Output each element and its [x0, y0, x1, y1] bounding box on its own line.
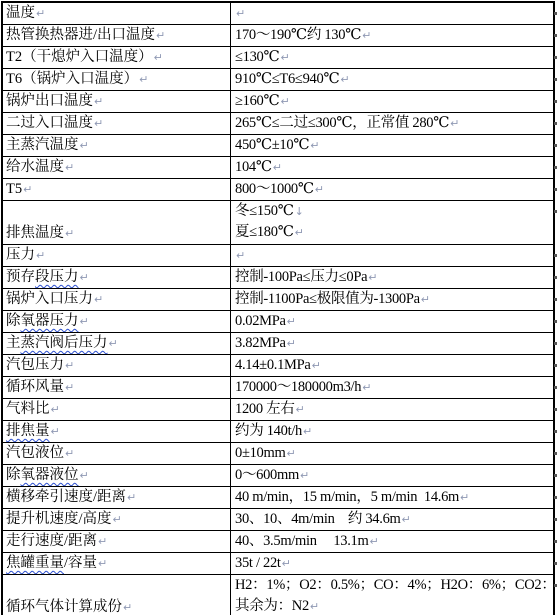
value-cell[interactable]: 35t / 22t↵ [231, 553, 553, 574]
table-row: 汽包液位↵ 0±10mm↵ [3, 443, 553, 465]
table-row: T2（干熄炉入口温度）↵ ≤130℃↵ [3, 47, 553, 69]
value-text: 约为 140t/h [235, 423, 302, 439]
label-text-run: 除 [6, 313, 21, 329]
value-line: 控制-1100Pa≤极限值为-1300Pa↵ [235, 289, 552, 310]
cell-end-mark-icon: ↵ [50, 399, 60, 420]
label-cell[interactable]: 汽包液位↵ [3, 443, 231, 464]
label-text-run: 焦罐重量 [6, 555, 64, 571]
label-text-run: 汽包液位 [6, 445, 64, 461]
cell-end-mark-icon: ↵ [302, 425, 312, 438]
value-cell[interactable]: 910℃≤T6≤940℃↵ [231, 69, 553, 90]
table-row: 除氧器压力↵ 0.02MPa↵ [3, 311, 553, 333]
row-label: 排焦量 [6, 421, 50, 442]
value-text: 0～600mm [235, 467, 299, 483]
cell-end-mark-icon: ↵ [64, 223, 74, 244]
value-line: 35t / 22t↵ [235, 553, 552, 574]
table-row: 排焦量↵ 约为 140t/h↵ [3, 421, 553, 443]
cell-end-mark-icon: ↵ [97, 553, 107, 574]
label-text-run: 温度 [6, 5, 35, 21]
label-text-run: 气料比 [6, 401, 50, 417]
label-text-run: 给水温度 [6, 159, 64, 175]
row-end-mark-icon [554, 254, 557, 257]
label-cell[interactable]: 热管换热器进/出口温度↵ [3, 25, 231, 46]
row-label: 锅炉出口温度 [6, 91, 93, 112]
label-cell[interactable]: 排焦量↵ [3, 421, 231, 442]
label-text-run: T2（干熄炉入口温度） [6, 49, 153, 65]
value-cell[interactable]: 1200 左右↵ [231, 399, 553, 420]
table-row: 二过入口温度↵ 265℃≤二过≤300℃，正常值 280℃↵ [3, 113, 553, 135]
value-text: 4.14±0.1MPa [235, 357, 311, 373]
cell-end-mark-icon: ↵ [112, 509, 122, 530]
row-end-mark-icon [554, 584, 557, 587]
row-end-mark-icon [554, 100, 557, 103]
table-row: 热管换热器进/出口温度↵ 170～190℃约 130℃↵ [3, 25, 553, 47]
label-text-run: 走行速度/距离 [6, 533, 97, 549]
label-cell[interactable]: 预存段压力↵ [3, 267, 231, 288]
row-end-mark-icon [554, 342, 557, 345]
label-text-run: 蒸汽阀后压力 [21, 335, 108, 351]
value-text: 170～190℃约 130℃ [235, 27, 361, 43]
value-cell[interactable]: 0～600mm↵ [231, 465, 553, 486]
cell-end-mark-icon: ↵ [286, 337, 296, 350]
cell-end-mark-icon: ↵ [420, 293, 430, 306]
value-text: 0.02MPa [235, 313, 286, 329]
row-end-mark-icon [554, 496, 557, 499]
value-line: 冬≤150℃↓ [235, 201, 552, 222]
value-text: 0±10mm [235, 445, 285, 461]
row-label: 走行速度/距离 [6, 531, 97, 552]
label-text-run: 氧器压力 [21, 313, 79, 329]
table-row: 锅炉入口压力↵ 控制-1100Pa≤极限值为-1300Pa↵ [3, 289, 553, 311]
cell-end-mark-icon: ↵ [93, 91, 103, 112]
value-line: 约为 140t/h↵ [235, 421, 552, 442]
value-cell[interactable]: 控制-100Pa≤压力≤0Pa↵ [231, 267, 553, 288]
label-text-run: 预存 [6, 269, 35, 285]
row-end-mark-icon [554, 276, 557, 279]
cell-end-mark-icon: ↵ [50, 421, 60, 442]
label-cell[interactable]: 二过入口温度↵ [3, 113, 231, 134]
label-cell[interactable]: 气料比↵ [3, 399, 231, 420]
table-row: 锅炉出口温度↵ ≥160℃↵ [3, 91, 553, 113]
row-end-mark-icon [554, 430, 557, 433]
label-cell[interactable]: 主蒸汽阀后压力↵ [3, 333, 231, 354]
value-text: 104℃ [235, 159, 272, 175]
label-text-run: T5 [6, 181, 22, 197]
value-cell[interactable]: 3.82MPa↵ [231, 333, 553, 354]
row-end-mark-icon [554, 298, 557, 301]
cell-end-mark-icon: ↵ [367, 271, 377, 284]
value-cell[interactable]: ↵ [231, 245, 553, 266]
value-text: ≤130℃ [235, 49, 279, 65]
table-row: 循环风量↵ 170000～180000m3/h↵ [3, 377, 553, 399]
value-line: 40、3.5m/min 13.1m↵ [235, 531, 552, 552]
label-cell[interactable]: 除氧器液位↵ [3, 465, 231, 486]
value-text: 30、10、4m/min 约 34.6m [235, 511, 401, 527]
table-row: 主蒸汽温度↵ 450℃±10℃↵ [3, 135, 553, 157]
row-label: 温度 [6, 3, 35, 24]
cell-end-mark-icon: ↵ [126, 487, 136, 508]
cell-end-mark-icon: ↵ [309, 139, 319, 152]
table-row: 横移牵引速度/距离↵ 40 m/min，15 m/min，5 m/min 14.… [3, 487, 553, 509]
label-cell[interactable]: 锅炉出口温度↵ [3, 91, 231, 112]
value-cell[interactable]: 800～1000℃↵ [231, 179, 553, 200]
label-cell[interactable]: 焦罐重量/容量↵ [3, 553, 231, 574]
value-line: 夏≤180℃↵ [235, 222, 552, 243]
value-line: 170000～180000m3/h↵ [235, 377, 552, 398]
row-end-mark-icon [554, 320, 557, 323]
cell-end-mark-icon: ↵ [299, 469, 309, 482]
cell-end-mark-icon: ↵ [281, 557, 291, 570]
row-label: 主蒸汽阀后压力 [6, 333, 108, 354]
label-text-run: 压力 [6, 247, 35, 263]
row-end-mark-icon [554, 122, 557, 125]
label-text-run: 锅炉出口温度 [6, 93, 93, 109]
cell-end-mark-icon: ↵ [368, 535, 378, 548]
row-label: 预存段压力 [6, 267, 79, 288]
label-cell[interactable]: 循环气体计算成份↵ [3, 575, 231, 615]
cell-end-mark-icon: ↵ [35, 3, 45, 24]
value-line: 1200 左右↵ [235, 399, 552, 420]
row-end-mark-icon [554, 78, 557, 81]
cell-end-mark-icon: ↵ [279, 95, 289, 108]
label-text-run: 横移牵引速度/距离 [6, 489, 126, 505]
row-label: 热管换热器进/出口温度 [6, 25, 155, 46]
value-cell[interactable]: 约为 140t/h↵ [231, 421, 553, 442]
cell-end-mark-icon: ↵ [449, 117, 459, 130]
table-row: 温度↵ ↵ [3, 3, 553, 25]
label-text-run: T6（锅炉入口温度） [6, 71, 138, 87]
cell-end-mark-icon: ↵ [295, 403, 305, 416]
row-label: 气料比 [6, 399, 50, 420]
label-cell[interactable]: 锅炉入口压力↵ [3, 289, 231, 310]
cell-end-mark-icon: ↵ [311, 359, 321, 372]
row-label: 循环气体计算成份 [6, 597, 122, 615]
cell-end-mark-icon: ↵ [93, 289, 103, 310]
row-end-mark-icon [554, 474, 557, 477]
label-text-run: 排焦量 [6, 423, 50, 439]
label-text-run: /容量 [64, 555, 97, 571]
label-cell[interactable]: 排焦温度↵ [3, 201, 231, 244]
value-cell[interactable]: 0.02MPa↵ [231, 311, 553, 332]
value-text: 35t / 22t [235, 555, 281, 571]
table-row: 排焦温度↵ 冬≤150℃↓夏≤180℃↵ [3, 201, 553, 245]
value-line: 104℃↵ [235, 157, 552, 178]
value-cell[interactable]: 4.14±0.1MPa↵ [231, 355, 553, 376]
cell-end-mark-icon: ↵ [235, 249, 245, 262]
value-line: 265℃≤二过≤300℃，正常值 280℃↵ [235, 113, 552, 134]
row-label: 除氧器压力 [6, 311, 79, 332]
cell-end-mark-icon: ↵ [64, 443, 74, 464]
label-cell[interactable]: 给水温度↵ [3, 157, 231, 178]
value-line: 30、10、4m/min 约 34.6m↵ [235, 509, 552, 530]
table-row: 提升机速度/高度↵ 30、10、4m/min 约 34.6m↵ [3, 509, 553, 531]
table-row: T6（锅炉入口温度）↵ 910℃≤T6≤940℃↵ [3, 69, 553, 91]
row-label: 汽包压力 [6, 355, 64, 376]
cell-end-mark-icon: ↵ [79, 311, 89, 332]
value-text: H2：1%；O2：0.5%；CO：4%；H2O：6%；CO2：15%； [235, 577, 553, 593]
cell-end-mark-icon: ↵ [108, 333, 118, 354]
value-cell[interactable]: 104℃↵ [231, 157, 553, 178]
value-text: 40 m/min，15 m/min，5 m/min 14.6m [235, 489, 459, 505]
value-text: 800～1000℃ [235, 181, 314, 197]
table-row: 汽包压力↵ 4.14±0.1MPa↵ [3, 355, 553, 377]
value-line: ↵ [235, 245, 552, 266]
label-cell[interactable]: 汽包压力↵ [3, 355, 231, 376]
cell-end-mark-icon: ↵ [285, 447, 295, 460]
row-end-mark-icon [554, 210, 557, 213]
value-cell[interactable]: 控制-1100Pa≤极限值为-1300Pa↵ [231, 289, 553, 310]
value-text: 冬≤150℃ [235, 203, 294, 219]
label-text-run: 主蒸汽温度 [6, 137, 79, 153]
label-text-run: 除 [6, 467, 21, 483]
value-text: 控制-1100Pa≤极限值为-1300Pa [235, 291, 420, 307]
cell-end-mark-icon: ↵ [286, 315, 296, 328]
row-end-mark-icon [554, 518, 557, 521]
label-text-run: 主 [6, 335, 21, 351]
cell-end-mark-icon: ↵ [361, 381, 371, 394]
table-row: 预存段压力↵ 控制-100Pa≤压力≤0Pa↵ [3, 267, 553, 289]
value-cell[interactable]: 265℃≤二过≤300℃，正常值 280℃↵ [231, 113, 553, 134]
value-cell[interactable]: ≥160℃↵ [231, 91, 553, 112]
line-break-mark-icon: ↓ [294, 205, 304, 218]
value-cell[interactable]: 40 m/min，15 m/min，5 m/min 14.6m↵ [231, 487, 553, 508]
row-end-mark-icon [554, 188, 557, 191]
label-cell[interactable]: T5↵ [3, 179, 231, 200]
label-text-run: 循环风量 [6, 379, 64, 395]
label-cell[interactable]: 主蒸汽温度↵ [3, 135, 231, 156]
value-text: 夏≤180℃ [235, 224, 294, 240]
value-cell[interactable]: 170000～180000m3/h↵ [231, 377, 553, 398]
value-cell[interactable]: ↵ [231, 3, 553, 24]
label-text-run: 二过入口温度 [6, 115, 93, 131]
value-line: 170～190℃约 130℃↵ [235, 25, 552, 46]
row-label: T6（锅炉入口温度） [6, 69, 138, 90]
value-text: 170000～180000m3/h [235, 379, 361, 395]
row-end-mark-icon [554, 364, 557, 367]
value-cell[interactable]: H2：1%；O2：0.5%；CO：4%；H2O：6%；CO2：15%；其余为：N… [231, 575, 553, 615]
cell-end-mark-icon: ↵ [309, 600, 319, 613]
value-line: 其余为：N2↵ [235, 596, 552, 615]
table-row: 压力↵ ↵ [3, 245, 553, 267]
value-cell[interactable]: ≤130℃↵ [231, 47, 553, 68]
table-row: 走行速度/距离↵ 40、3.5m/min 13.1m↵ [3, 531, 553, 553]
cell-end-mark-icon: ↵ [64, 377, 74, 398]
row-end-mark-icon [554, 562, 557, 565]
value-text: 控制-100Pa≤压力≤0Pa [235, 269, 367, 285]
label-text-run: 排焦温度 [6, 225, 64, 241]
label-cell[interactable]: 除氧器压力↵ [3, 311, 231, 332]
value-text: 3.82MPa [235, 335, 286, 351]
value-text: 其余为：N2 [235, 598, 309, 614]
value-line: ≤130℃↵ [235, 47, 552, 68]
value-cell[interactable]: 冬≤150℃↓夏≤180℃↵ [231, 201, 553, 244]
cell-end-mark-icon: ↵ [22, 179, 32, 200]
cell-end-mark-icon: ↵ [459, 491, 469, 504]
value-line: H2：1%；O2：0.5%；CO：4%；H2O：6%；CO2：15%； [235, 575, 552, 596]
label-text-run: 循环气体计算成份 [6, 599, 122, 615]
value-text: 910℃≤T6≤940℃ [235, 71, 339, 87]
row-label: 焦罐重量/容量 [6, 553, 97, 574]
table-row: 焦罐重量/容量↵ 35t / 22t↵ [3, 553, 553, 575]
cell-end-mark-icon: ↵ [35, 245, 45, 266]
value-line: 450℃±10℃↵ [235, 135, 552, 156]
value-line: 4.14±0.1MPa↵ [235, 355, 552, 376]
value-line: 0.02MPa↵ [235, 311, 552, 332]
cell-end-mark-icon: ↵ [361, 29, 371, 42]
value-cell[interactable]: 170～190℃约 130℃↵ [231, 25, 553, 46]
cell-end-mark-icon: ↵ [79, 267, 89, 288]
table-row: T5↵ 800～1000℃↵ [3, 179, 553, 201]
row-end-mark-icon [554, 386, 557, 389]
row-label: 压力 [6, 245, 35, 266]
value-cell[interactable]: 30、10、4m/min 约 34.6m↵ [231, 509, 553, 530]
value-line: 控制-100Pa≤压力≤0Pa↵ [235, 267, 552, 288]
value-text: 450℃±10℃ [235, 137, 309, 153]
cell-end-mark-icon: ↵ [272, 161, 282, 174]
label-cell[interactable]: 循环风量↵ [3, 377, 231, 398]
cell-end-mark-icon: ↵ [314, 183, 324, 196]
row-label: 循环风量 [6, 377, 64, 398]
label-text-run: 氧器液位 [21, 467, 79, 483]
row-label: 排焦温度 [6, 223, 64, 244]
cell-end-mark-icon: ↵ [97, 531, 107, 552]
document-canvas: 温度↵ ↵ 热管换热器进/出口温度↵ 170～190℃约 130℃↵ T2（干熄… [0, 1, 558, 615]
cell-end-mark-icon: ↵ [279, 51, 289, 64]
cell-end-mark-icon: ↵ [155, 25, 165, 46]
label-cell[interactable]: 提升机速度/高度↵ [3, 509, 231, 530]
cell-end-mark-icon: ↵ [294, 226, 304, 239]
row-label: 主蒸汽温度 [6, 135, 79, 156]
label-text-run: 汽包压力 [6, 357, 64, 373]
row-end-mark-icon [554, 452, 557, 455]
row-end-mark-icon [554, 34, 557, 37]
cell-end-mark-icon: ↵ [339, 73, 349, 86]
row-end-mark-icon [554, 540, 557, 543]
row-label: 除氧器液位 [6, 465, 79, 486]
value-text: ≥160℃ [235, 93, 279, 109]
row-end-mark-icon [554, 56, 557, 59]
table-row: 给水温度↵ 104℃↵ [3, 157, 553, 179]
label-text-run: 段压力 [35, 269, 79, 285]
value-line: ≥160℃↵ [235, 91, 552, 112]
cell-end-mark-icon: ↵ [79, 135, 89, 156]
value-text: 1200 左右 [235, 401, 295, 417]
cell-end-mark-icon: ↵ [79, 465, 89, 486]
label-cell[interactable]: 走行速度/距离↵ [3, 531, 231, 552]
row-label: 汽包液位 [6, 443, 64, 464]
label-text-run: 提升机速度/高度 [6, 511, 112, 527]
cell-end-mark-icon: ↵ [64, 355, 74, 376]
cell-end-mark-icon: ↵ [138, 69, 148, 90]
row-label: 提升机速度/高度 [6, 509, 112, 530]
row-label: 给水温度 [6, 157, 64, 178]
row-end-mark-icon [554, 166, 557, 169]
row-label: 二过入口温度 [6, 113, 93, 134]
label-cell[interactable]: T6（锅炉入口温度）↵ [3, 69, 231, 90]
row-end-mark-icon [554, 12, 557, 15]
value-line: 800～1000℃↵ [235, 179, 552, 200]
value-line: 0±10mm↵ [235, 443, 552, 464]
cell-end-mark-icon: ↵ [93, 113, 103, 134]
value-cell[interactable]: 0±10mm↵ [231, 443, 553, 464]
value-line: ↵ [235, 3, 552, 24]
label-cell[interactable]: 温度↵ [3, 3, 231, 24]
value-text: 40、3.5m/min 13.1m [235, 533, 368, 549]
value-line: 0～600mm↵ [235, 465, 552, 486]
cell-end-mark-icon: ↵ [153, 47, 163, 68]
table-row: 循环气体计算成份↵ H2：1%；O2：0.5%；CO：4%；H2O：6%；CO2… [3, 575, 553, 615]
row-label: T2（干熄炉入口温度） [6, 47, 153, 68]
label-cell[interactable]: 压力↵ [3, 245, 231, 266]
row-end-mark-icon [554, 144, 557, 147]
value-cell[interactable]: 40、3.5m/min 13.1m↵ [231, 531, 553, 552]
value-line: 3.82MPa↵ [235, 333, 552, 354]
parameters-table: 温度↵ ↵ 热管换热器进/出口温度↵ 170～190℃约 130℃↵ T2（干熄… [1, 1, 555, 615]
row-end-mark-icon [554, 408, 557, 411]
value-text: 265℃≤二过≤300℃，正常值 280℃ [235, 115, 449, 131]
table-row: 除氧器液位↵ 0～600mm↵ [3, 465, 553, 487]
value-line: 910℃≤T6≤940℃↵ [235, 69, 552, 90]
table-row: 气料比↵ 1200 左右↵ [3, 399, 553, 421]
label-cell[interactable]: 横移牵引速度/距离↵ [3, 487, 231, 508]
cell-end-mark-icon: ↵ [401, 513, 411, 526]
label-cell[interactable]: T2（干熄炉入口温度）↵ [3, 47, 231, 68]
table-row: 主蒸汽阀后压力↵ 3.82MPa↵ [3, 333, 553, 355]
label-text-run: 热管换热器进/出口温度 [6, 27, 155, 43]
value-cell[interactable]: 450℃±10℃↵ [231, 135, 553, 156]
value-line: 40 m/min，15 m/min，5 m/min 14.6m↵ [235, 487, 552, 508]
cell-end-mark-icon: ↵ [64, 157, 74, 178]
row-label: 锅炉入口压力 [6, 289, 93, 310]
cell-end-mark-icon: ↵ [235, 7, 245, 20]
cell-end-mark-icon: ↵ [122, 597, 132, 615]
label-text-run: 锅炉入口压力 [6, 291, 93, 307]
row-label: 横移牵引速度/距离 [6, 487, 126, 508]
row-label: T5 [6, 179, 22, 200]
